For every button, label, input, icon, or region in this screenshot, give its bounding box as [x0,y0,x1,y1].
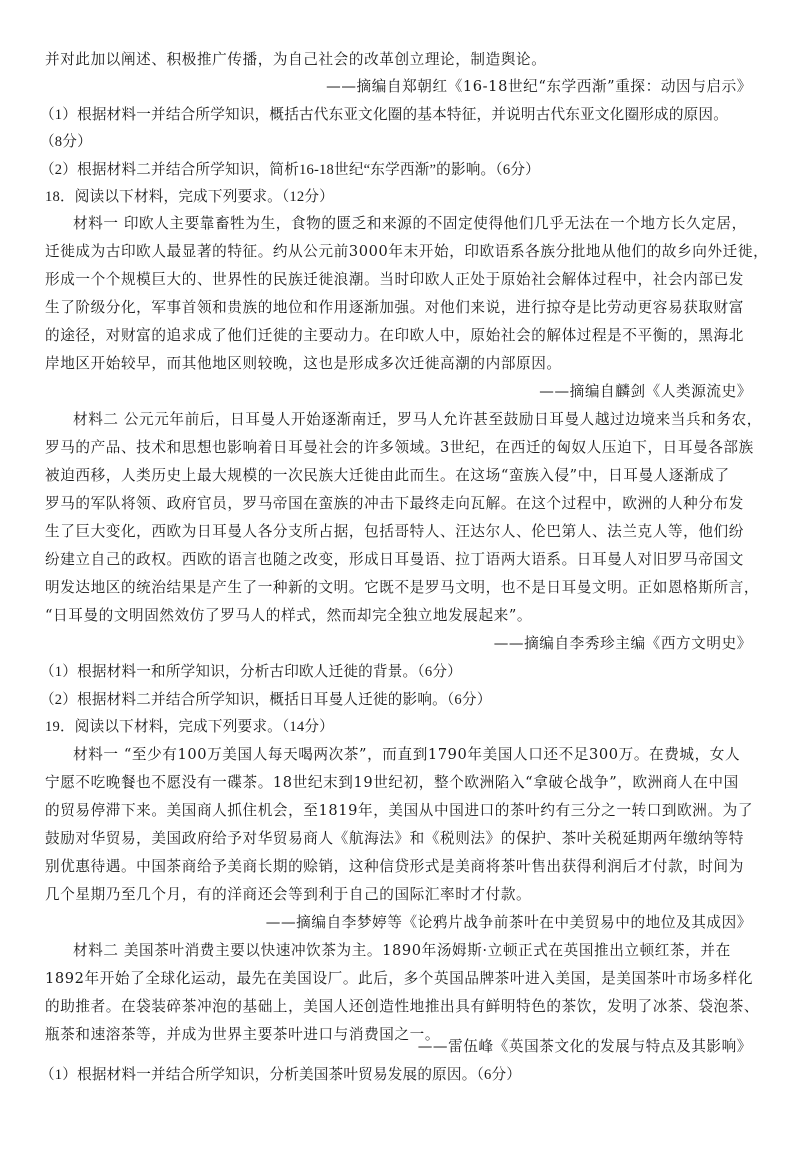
q18-material2-line: 材料二 公元元年前后，日耳曼人开始逐渐南迁，罗马人允许甚至鼓励日耳曼人越过边境来… [73,410,755,430]
q18-material2-line: 被迫西移，人类历史上最大规模的一次民族大迁徙由此而生。在这场“蛮族入侵”中，日耳… [45,466,755,486]
q19-heading: 19．阅读以下材料，完成下列要求。（14分） [45,717,755,737]
q19-material2-line: 1892年开始了全球化运动，最先在美国设厂。此后，多个英国品牌茶叶进入美国，是美… [45,969,755,989]
q17-subquestion-1: （1）根据材料一并结合所学知识，概括古代东亚文化圈的基本特征，并说明古代东亚文化… [40,105,750,125]
q18-material1-line: 迁徙成为古印欧人最显著的特征。约从公元前3000年末开始，印欧语系各族分批地从他… [45,242,755,262]
q18-material1-line: 岸地区开始较早，而其他地区则较晚，这也是形成多次迁徙高潮的内部原因。 [45,354,755,374]
q19-material2-line: 的助推者。在袋装碎茶冲泡的基础上，美国人还创造性地推出具有鲜明特色的茶饮，发明了… [45,997,755,1017]
q19-material1-line: 材料一 “至少有100万美国人每天喝两次茶”，而直到1790年美国人口还不足30… [73,745,755,765]
q18-material1-line: 生了阶级分化，军事首领和贵族的地位和作用逐渐加强。对他们来说，进行掠夺是比劳动更… [45,298,755,318]
q18-subquestion-2: （2）根据材料二并结合所学知识，概括日耳曼人迁徙的影响。（6分） [40,690,750,710]
q19-material1-line: 宁愿不吃晚餐也不愿没有一碟茶。18世纪末到19世纪初，整个欧洲陷入“拿破仑战争”… [45,773,755,793]
q19-material1-line: 鼓励对华贸易，美国政府给予对华贸易商人《航海法》和《税则法》的保护、茶叶关税延期… [45,829,755,849]
q18-material2-line: “日耳曼的文明固然效仿了罗马人的样式，然而却完全独立地发展起来”。 [45,606,755,626]
q19-subquestion-1: （1）根据材料一并结合所学知识，分析美国茶叶贸易发展的原因。（6分） [40,1065,750,1085]
q18-heading: 18．阅读以下材料，完成下列要求。（12分） [45,187,755,207]
q17-source-citation: ——摘编自郑朝红《16-18世纪“东学西渐”重探：动因与启示》 [326,77,752,97]
q19-material1-line: 别优惠待遇。中国茶商给予美商长期的赊销，这种信贷形式是美商将茶叶售出获得利润后才… [45,857,755,877]
q19-material2-line: 材料二 美国茶叶消费主要以快速冲饮茶为主。1890年汤姆斯·立顿正式在英国推出立… [73,941,755,961]
q18-material1-source: ——摘编自麟剑《人类源流史》 [539,382,752,402]
q19-material1-source: ——摘编自李梦婷等《论鸦片战争前茶叶在中美贸易中的地位及其成因》 [266,913,752,933]
q18-subquestion-1: （1）根据材料一和所学知识，分析古印欧人迁徙的背景。（6分） [40,662,750,682]
q18-material2-line: 罗马的军队将领、政府官员，罗马帝国在蛮族的冲击下最终走向瓦解。在这个过程中，欧洲… [45,494,755,514]
exam-page: 并对此加以阐述、积极推广传播，为自己社会的改革创立理论，制造舆论。 ——摘编自郑… [0,0,800,1172]
q19-material1-line: 几个星期乃至几个月，有的洋商还会等到利于自己的国际汇率时才付款。 [45,885,755,905]
q18-material1-line: 的途径，对财富的追求成了他们迁徙的主要动力。在印欧人中，原始社会的解体过程是不平… [45,326,755,346]
q19-material1-line: 的贸易停滞下来。美国商人抓住机会，至1819年，美国从中国进口的茶叶约有三分之一… [45,801,755,821]
q18-material2-line: 罗马的产品、技术和思想也影响着日耳曼社会的许多领域。3世纪，在西迁的匈奴人压迫下… [45,438,755,458]
q19-material2-source: ——雷伍峰《英国茶文化的发展与特点及其影响》 [418,1037,752,1057]
q18-material2-line: 纷建立自己的政权。西欧的语言也随之改变，形成日耳曼语、拉丁语两大语系。日耳曼人对… [45,550,755,570]
q17-subquestion-1-score: （8分） [40,132,750,152]
q18-material2-source: ——摘编自李秀珍主编《西方文明史》 [494,634,752,654]
q18-material1-line: 形成一个个规模巨大的、世界性的民族迁徙浪潮。当时印欧人正处于原始社会解体过程中，… [45,270,755,290]
q17-continuation-text: 并对此加以阐述、积极推广传播，为自己社会的改革创立理论，制造舆论。 [45,50,755,70]
q18-material1-line: 材料一 印欧人主要靠畜牲为生，食物的匮乏和来源的不固定使得他们几乎无法在一个地方… [73,214,755,234]
q18-material2-line: 生了巨大变化，西欧为日耳曼人各分支所占据，包括哥特人、汪达尔人、伦巴第人、法兰克… [45,522,755,542]
q17-subquestion-2: （2）根据材料二并结合所学知识，简析16-18世纪“东学西渐”的影响。（6分） [40,160,750,180]
q18-material2-line: 明发达地区的统治结果是产生了一种新的文明。它既不是罗马文明，也不是日耳曼文明。正… [45,578,755,598]
